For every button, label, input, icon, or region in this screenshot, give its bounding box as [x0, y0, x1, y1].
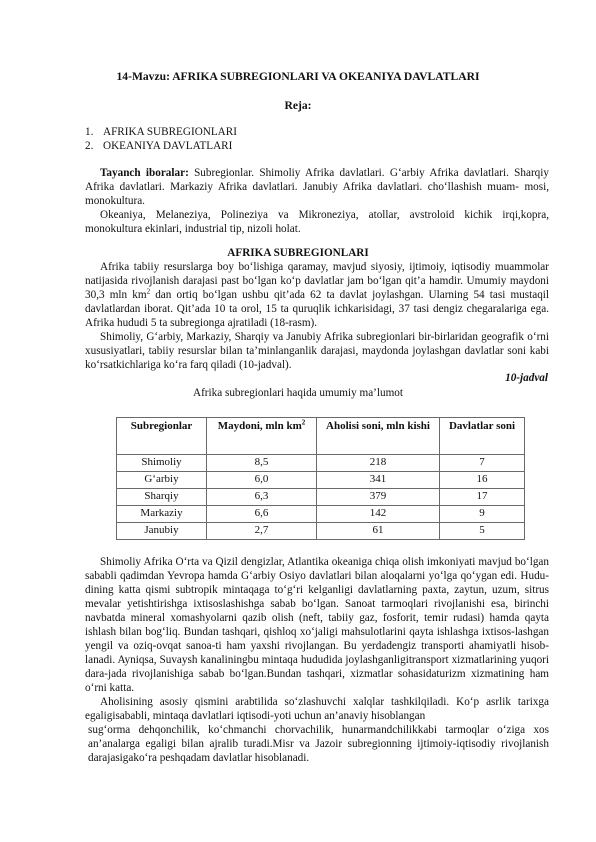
- table-cell: 61: [317, 523, 440, 540]
- column-header: Maydoni, mln km2: [207, 418, 317, 455]
- plan-item-label: OKEANIYA DAVLATLARI: [103, 140, 232, 152]
- intro-block: Afrika tabiiy resurslarga boy bo‘lishiga…: [85, 260, 549, 372]
- plan-list: 1. AFRIKA SUBREGIONLARI 2. OKEANIYA DAVL…: [85, 125, 237, 153]
- key-phrases-paragraph: Tayanch iboralar: Subregionlar. Shimoliy…: [85, 166, 549, 208]
- table-cell: 7: [440, 455, 525, 472]
- paragraph-1: Afrika tabiiy resurslarga boy bo‘lishiga…: [85, 260, 549, 330]
- column-header: Subregionlar: [117, 418, 207, 455]
- table-row: Sharqiy6,337917: [117, 489, 525, 506]
- section-heading: AFRIKA SUBREGIONLARI: [0, 247, 596, 259]
- paragraph-1-text-cont: dan ortiq bo‘lgan ushbu qit’ada 62 ta da…: [85, 289, 549, 329]
- table-cell: 6,6: [207, 506, 317, 523]
- table-cell: 8,5: [207, 455, 317, 472]
- table-cell: G‘arbiy: [117, 472, 207, 489]
- table-cell: 379: [317, 489, 440, 506]
- table-cell: 6,0: [207, 472, 317, 489]
- document-page: 14-Mavzu: AFRIKA SUBREGIONLARI VA OKEANI…: [0, 0, 596, 842]
- paragraph-4-line-1: Aholisining asosiy qismini arabtilida so…: [85, 695, 549, 723]
- column-header: Davlatlar soni: [440, 418, 525, 455]
- table-cell: 2,7: [207, 523, 317, 540]
- subregions-table: Subregionlar Maydoni, mln km2 Aholisi so…: [116, 417, 525, 540]
- table-row: G‘arbiy6,034116: [117, 472, 525, 489]
- table-cell: Shimoliy: [117, 455, 207, 472]
- column-header: Aholisi soni, mln kishi: [317, 418, 440, 455]
- table-cell: Markaziy: [117, 506, 207, 523]
- plan-item: 2. OKEANIYA DAVLATLARI: [85, 139, 237, 153]
- paragraph-3: Shimoliy Afrika O‘rta va Qizil dengizlar…: [85, 555, 549, 695]
- table-cell: 6,3: [207, 489, 317, 506]
- table-cell: 16: [440, 472, 525, 489]
- plan-item-label: AFRIKA SUBREGIONLARI: [103, 126, 237, 138]
- table-cell: 5: [440, 523, 525, 540]
- table-cell: 218: [317, 455, 440, 472]
- table-number-label: 10-jadval: [505, 372, 548, 384]
- table-header-row: Subregionlar Maydoni, mln km2 Aholisi so…: [117, 418, 525, 455]
- paragraph-4-rest: sug‘orma dehqonchilik, ko‘chmanchi chorv…: [85, 723, 549, 765]
- key-phrases-label: Tayanch iboralar:: [100, 167, 189, 179]
- key-phrases-block: Tayanch iboralar: Subregionlar. Shimoliy…: [85, 166, 549, 236]
- key-phrases-paragraph-2: Okeaniya, Melaneziya, Polineziya va Mikr…: [85, 208, 549, 236]
- plan-item: 1. AFRIKA SUBREGIONLARI: [85, 125, 237, 139]
- table-cell: 9: [440, 506, 525, 523]
- plan-item-number: 2.: [85, 139, 93, 153]
- table-row: Janubiy2,7615: [117, 523, 525, 540]
- table-row: Shimoliy8,52187: [117, 455, 525, 472]
- table-cell: Janubiy: [117, 523, 207, 540]
- document-title: 14-Mavzu: AFRIKA SUBREGIONLARI VA OKEANI…: [0, 70, 596, 83]
- table-cell: 17: [440, 489, 525, 506]
- body-block: Shimoliy Afrika O‘rta va Qizil dengizlar…: [85, 555, 549, 765]
- paragraph-2: Shimoliy, G‘arbiy, Markaziy, Sharqiy va …: [85, 330, 549, 372]
- table-row: Markaziy6,61429: [117, 506, 525, 523]
- plan-heading: Reja:: [0, 99, 596, 112]
- table-cell: Sharqiy: [117, 489, 207, 506]
- table-cell: 341: [317, 472, 440, 489]
- table-caption: Afrika subregionlari haqida umumiy ma’lu…: [0, 387, 596, 399]
- plan-item-number: 1.: [85, 125, 93, 139]
- table-cell: 142: [317, 506, 440, 523]
